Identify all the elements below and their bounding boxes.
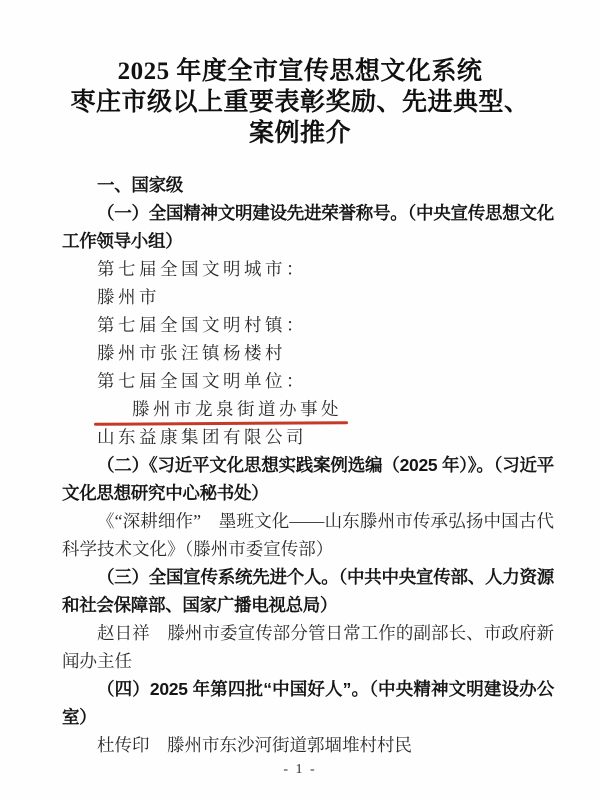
item-civilized-unit-label: 第七届全国文明单位：: [62, 367, 554, 395]
item-yanglou-village: 滕州市张汪镇杨楼村: [62, 339, 554, 367]
red-underlined-text: 滕州市龙泉街道办事处: [97, 395, 342, 423]
item-zhao-rixiang: 赵日祥 滕州市委宣传部分管日常工作的副部长、市政府新闻办主任: [62, 619, 554, 675]
item-civilized-village-label: 第七届全国文明村镇：: [62, 311, 554, 339]
item-tengzhou-city: 滕州市: [62, 283, 554, 311]
document-title: 2025 年度全市宣传思想文化系统 枣庄市级以上重要表彰奖励、先进典型、 案例推…: [40, 56, 560, 149]
item-yikang-group: 山东益康集团有限公司: [62, 423, 554, 451]
document-page: 2025 年度全市宣传思想文化系统 枣庄市级以上重要表彰奖励、先进典型、 案例推…: [0, 0, 600, 800]
title-line-2: 枣庄市级以上重要表彰奖励、先进典型、: [40, 87, 560, 118]
item-du-chuanyin: 杜传印 滕州市东沙河街道郭堌堆村村民: [62, 731, 554, 759]
document-body: 一、国家级 （一）全国精神文明建设先进荣誉称号。（中央宣传思想文化工作领导小组）…: [62, 171, 554, 759]
item-moban-culture-case: 《“深耕细作” 墨班文化——山东滕州市传承弘扬中国古代科学技术文化》（滕州市委宣…: [62, 507, 554, 563]
item-longquan-subdistrict: 滕州市龙泉街道办事处: [62, 395, 554, 423]
heading-national-level: 一、国家级: [62, 171, 554, 199]
title-line-1: 2025 年度全市宣传思想文化系统: [40, 56, 560, 87]
heading-civilization-honors: （一）全国精神文明建设先进荣誉称号。（中央宣传思想文化工作领导小组）: [62, 199, 554, 255]
item-civilized-city-label: 第七届全国文明城市：: [62, 255, 554, 283]
heading-xi-culture-cases: （二）《习近平文化思想实践案例选编（2025 年）》。（习近平文化思想研究中心秘…: [62, 451, 554, 507]
page-number: - 1 -: [0, 762, 600, 778]
heading-china-good-person: （四）2025 年第四批“中国好人”。（中央精神文明建设办公室）: [62, 675, 554, 731]
heading-advanced-individuals: （三）全国宣传系统先进个人。（中共中央宣传部、人力资源和社会保障部、国家广播电视…: [62, 563, 554, 619]
title-line-3: 案例推介: [40, 118, 560, 149]
